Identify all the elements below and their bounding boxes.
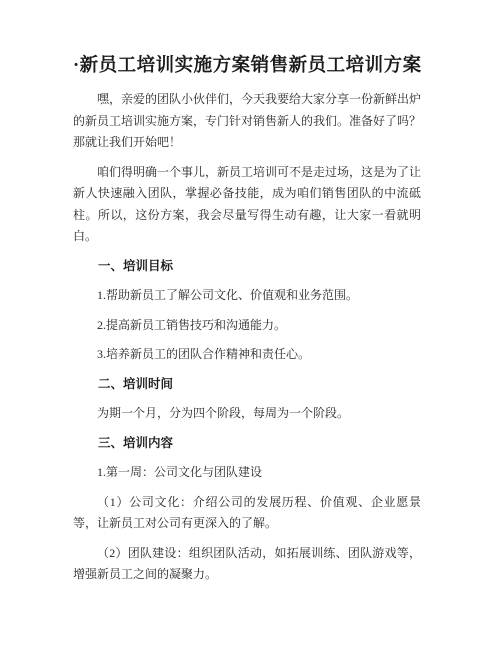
training-time-text: 为期一个月，分为四个阶段，每周为一个阶段。 <box>73 403 421 425</box>
training-content-item-company-culture: （1）公司文化：介绍公司的发展历程、价值观、企业愿景等，让新员工对公司有更深入的… <box>73 492 421 535</box>
document-page: ·新员工培训实施方案销售新员工培训方案 嘿，亲爱的团队小伙伴们，今天我要给大家分… <box>0 0 500 647</box>
section-heading-training-content: 三、培训内容 <box>73 433 421 455</box>
training-goal-item-3: 3.培养新员工的团队合作精神和责任心。 <box>73 344 421 366</box>
training-content-item-team-building: （2）团队建设：组织团队活动，如拓展训练、团队游戏等，增强新员工之间的凝聚力。 <box>73 543 421 586</box>
document-title: ·新员工培训实施方案销售新员工培训方案 <box>73 54 421 78</box>
intro-paragraph-2: 咱们得明确一个事儿，新员工培训可不是走过场，这是为了让新人快速融入团队，掌握必备… <box>73 162 421 248</box>
intro-paragraph-1: 嘿，亲爱的团队小伙伴们，今天我要给大家分享一份新鲜出炉的新员工培训实施方案，专门… <box>73 89 421 154</box>
training-goal-item-2: 2.提高新员工销售技巧和沟通能力。 <box>73 315 421 337</box>
section-heading-training-goals: 一、培训目标 <box>73 256 421 278</box>
training-content-week1-title: 1.第一周：公司文化与团队建设 <box>73 462 421 484</box>
section-heading-training-time: 二、培训时间 <box>73 374 421 396</box>
training-goal-item-1: 1.帮助新员工了解公司文化、价值观和业务范围。 <box>73 285 421 307</box>
